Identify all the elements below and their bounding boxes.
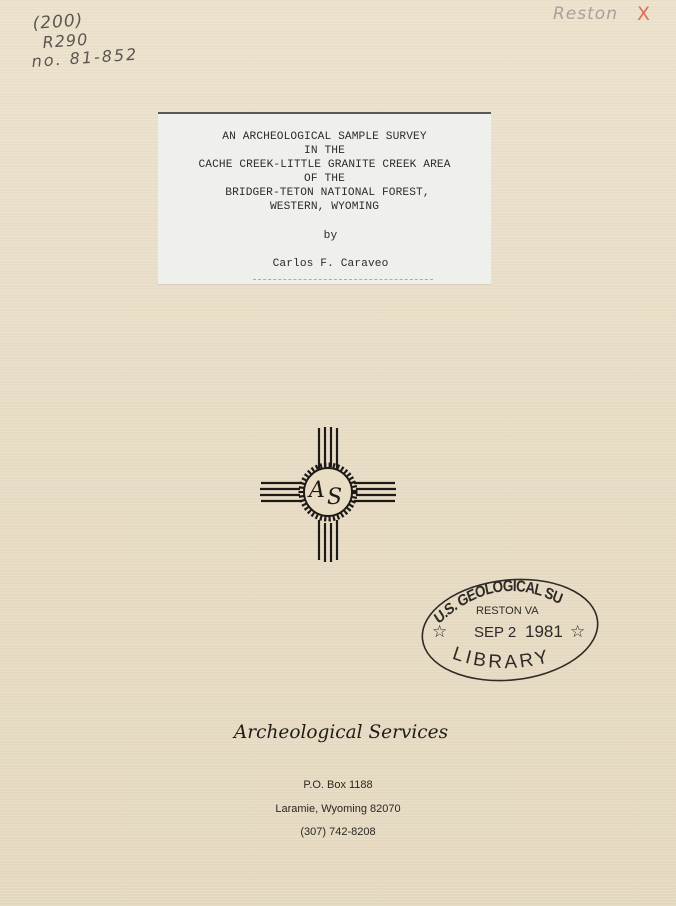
title-label: AN ARCHEOLOGICAL SAMPLE SURVEY IN THE CA…	[158, 112, 491, 284]
svg-text:U.S. GEOLOGICAL SURVEY: U.S. GEOLOGICAL SURVEY	[418, 574, 564, 628]
star-icon-right: ☆	[570, 622, 585, 641]
title-line-5: BRIDGER-TETON NATIONAL FOREST,	[158, 187, 491, 199]
title-line-2: IN THE	[158, 145, 491, 157]
title-line-3: CACHE CREEK-LITTLE GRANITE CREEK AREA	[158, 159, 491, 171]
title-line-6: WESTERN, WYOMING	[158, 201, 491, 213]
truncated-text-line	[253, 279, 433, 283]
handwritten-note-reston: Reston	[553, 4, 618, 24]
zia-sun-logo: A S	[258, 425, 398, 565]
stamp-library: LIBRARY	[450, 643, 553, 673]
logo-initial-s: S	[327, 485, 342, 510]
stamp-location: RESTON VA	[476, 605, 539, 617]
zia-sun-icon: A S	[258, 425, 398, 565]
stamp-date-year: 1981	[525, 622, 563, 641]
red-x-mark: X	[637, 3, 650, 25]
stamp-date-day: SEP 2	[474, 624, 516, 641]
address-city: Laramie, Wyoming 82070	[0, 803, 676, 815]
title-line-4: OF THE	[158, 173, 491, 185]
author-name: Carlos F. Caraveo	[158, 258, 491, 270]
svg-text:LIBRARY: LIBRARY	[450, 643, 553, 673]
library-stamp: U.S. GEOLOGICAL SURVEY RESTON VA ☆ SEP 2…	[418, 574, 602, 686]
address-po-box: P.O. Box 1188	[0, 779, 676, 791]
publisher-name: Archeological Services	[0, 722, 676, 743]
logo-initial-a: A	[307, 478, 325, 503]
stamp-agency: U.S. GEOLOGICAL SURVEY	[418, 574, 564, 628]
title-line-1: AN ARCHEOLOGICAL SAMPLE SURVEY	[158, 131, 491, 143]
star-icon-left: ☆	[432, 622, 447, 641]
title-by: by	[158, 230, 491, 242]
phone-number: (307) 742-8208	[0, 826, 676, 838]
